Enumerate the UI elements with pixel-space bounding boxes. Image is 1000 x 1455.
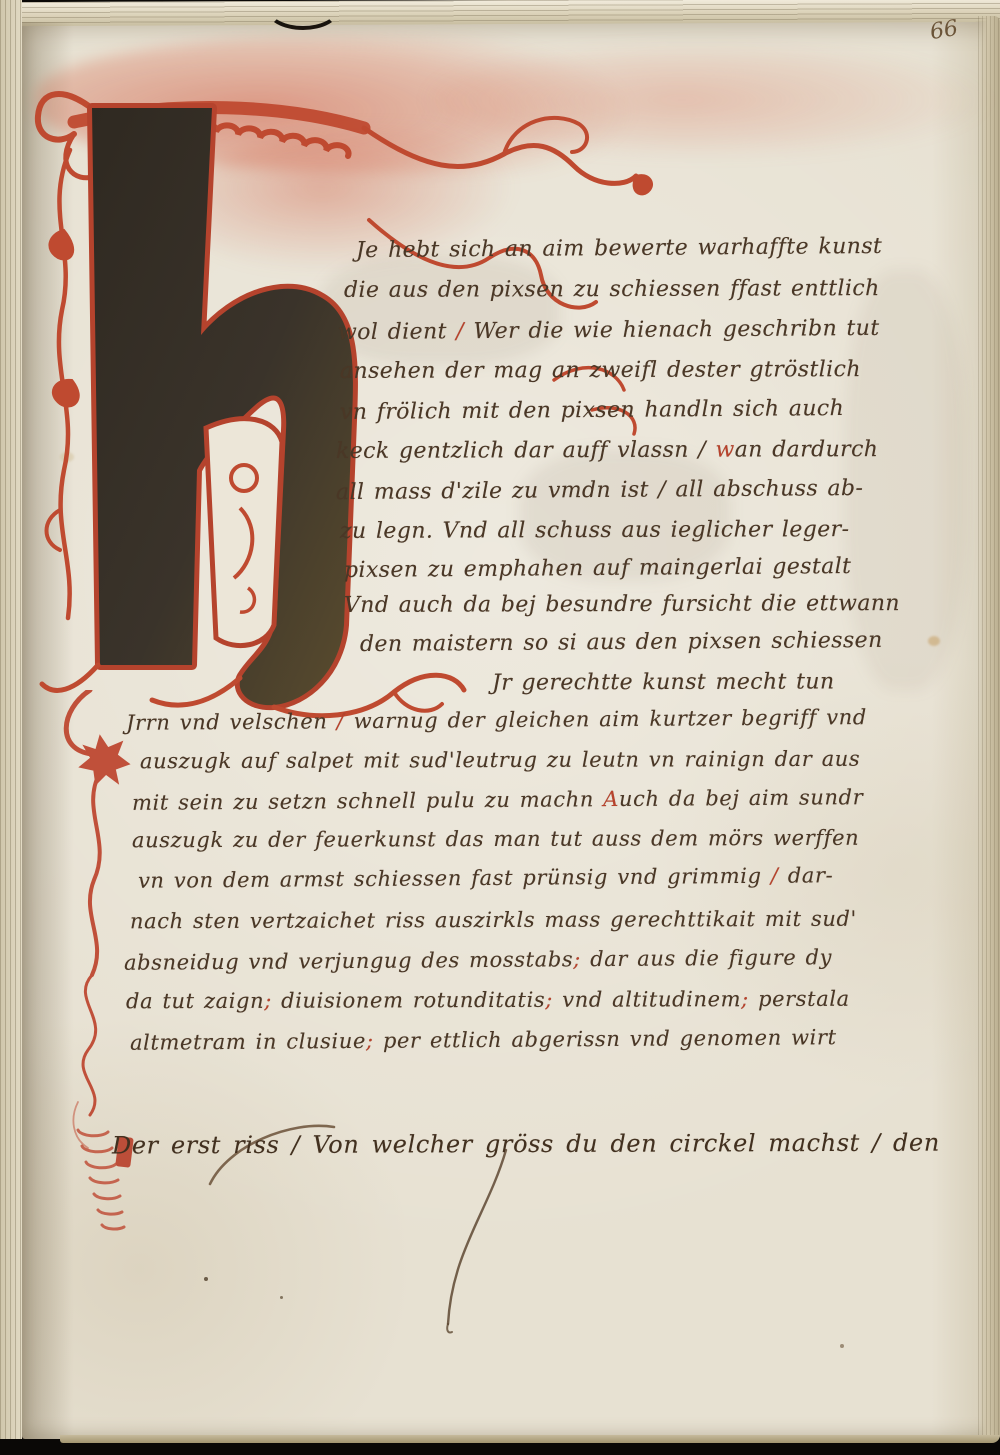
text-segment: Jrrn vnd velschen xyxy=(126,709,337,735)
text-segment: perstala xyxy=(749,987,850,1011)
text-segment: altmetram in clusiue xyxy=(130,1029,366,1055)
manuscript-line: Jr gerechtte kunst mecht tun xyxy=(492,669,835,695)
manuscript-line: den maistern so si aus den pixsen schies… xyxy=(360,628,883,657)
text-segment: dar aus die figure dy xyxy=(581,945,832,971)
text-segment: A xyxy=(603,787,619,811)
text-segment: an dardurch xyxy=(735,437,879,463)
folio-number: 66 xyxy=(928,16,960,45)
text-segment: keck gentzlich dar auff vlassn / xyxy=(336,438,716,464)
text-segment: diuisionem rotunditatis xyxy=(272,988,545,1013)
text-segment: D xyxy=(112,1131,132,1159)
text-segment: ; xyxy=(573,947,581,971)
text-segment: vn frölich mit den pixsen handln sich au… xyxy=(340,396,844,425)
text-segment: pixsen zu emphahen auf maingerlai gestal… xyxy=(344,554,852,583)
manuscript-line: wol dient / Wer die wie hienach geschrib… xyxy=(338,316,880,345)
text-segment: per ettlich abgerissn vnd genomen wirt xyxy=(374,1025,837,1053)
text-segment: er erst riss / Von welcher gröss du den … xyxy=(132,1129,940,1160)
text-segment: / xyxy=(771,864,779,888)
text-segment: ; xyxy=(545,988,553,1012)
text-segment: Vnd auch da bej besundre fursicht die et… xyxy=(344,591,900,618)
text-segment: w xyxy=(715,438,734,463)
text-segment: warnug der gleichen aim kurtzer begriff … xyxy=(344,705,867,733)
manuscript-line: absneidug vnd verjungug des mosstabs; da… xyxy=(124,945,832,975)
manuscript-line: pixsen zu emphahen auf maingerlai gestal… xyxy=(344,554,852,583)
manuscript-line: mit sein zu setzn schnell pulu zu machn … xyxy=(132,785,863,815)
manuscript-line: da tut zaign; diuisionem rotunditatis; v… xyxy=(126,987,850,1014)
text-segment: auszugk auf salpet mit sud'leutrug zu le… xyxy=(140,747,860,774)
text-segment: mit sein zu setzn schnell pulu zu machn xyxy=(132,787,603,815)
manuscript-line: ansehen der mag an zweifl dester gtröstl… xyxy=(340,357,861,384)
text-segment: Je hebt sich an aim bewerte warhaffte ku… xyxy=(356,234,882,263)
manuscript-line: Jrrn vnd velschen / warnug der gleichen … xyxy=(126,705,867,735)
manuscript-line: Je hebt sich an aim bewerte warhaffte ku… xyxy=(356,234,882,263)
text-segment: die aus den pixsen zu schiessen ffast en… xyxy=(344,276,880,303)
text-segment: den maistern so si aus den pixsen schies… xyxy=(360,628,883,657)
text-segment: Wer die wie hienach geschribn tut xyxy=(464,316,880,344)
manuscript-line: vn von dem armst schiessen fast prünsig … xyxy=(138,863,834,892)
text-segment: nach sten vertzaichet riss auszirkls mas… xyxy=(130,907,857,934)
text-segment: ; xyxy=(366,1029,374,1053)
manuscript-line: all mass d'zile zu vmdn ist / all abschu… xyxy=(336,476,864,505)
text-segment: Jr gerechtte kunst mecht tun xyxy=(492,669,835,695)
manuscript-line: zu legn. Vnd all schuss aus ieglicher le… xyxy=(340,517,849,544)
text-segment: auszugk zu der feuerkunst das man tut au… xyxy=(132,826,859,853)
text-segment: absneidug vnd verjungug des mosstabs xyxy=(124,947,573,975)
text-segment: ; xyxy=(264,989,272,1013)
text-segment: vnd altitudinem xyxy=(553,987,741,1012)
manuscript-line: die aus den pixsen zu schiessen ffast en… xyxy=(344,276,880,303)
text-segment: zu legn. Vnd all schuss aus ieglicher le… xyxy=(340,517,849,544)
text-segment: ansehen der mag an zweifl dester gtröstl… xyxy=(340,357,861,384)
text-segment: vn von dem armst schiessen fast prünsig … xyxy=(138,864,771,893)
manuscript-line: keck gentzlich dar auff vlassn / wan dar… xyxy=(336,437,878,464)
chapter-heading: Der erst riss / Von welcher gröss du den… xyxy=(112,1129,940,1160)
text-segment: ; xyxy=(741,987,749,1011)
manuscript-line: vn frölich mit den pixsen handln sich au… xyxy=(340,396,844,425)
text-segment: all mass d'zile zu vmdn ist / all abschu… xyxy=(336,476,864,505)
text-segment: da tut zaign xyxy=(126,989,264,1013)
manuscript-line: Vnd auch da bej besundre fursicht die et… xyxy=(344,591,900,618)
manuscript-line: altmetram in clusiue; per ettlich abgeri… xyxy=(130,1025,837,1055)
manuscript-text: Je hebt sich an aim bewerte warhaffte ku… xyxy=(0,0,1000,1455)
text-segment: dar- xyxy=(778,863,833,887)
manuscript-line: nach sten vertzaichet riss auszirkls mas… xyxy=(130,907,857,934)
text-segment: wol dient xyxy=(338,319,456,345)
manuscript-line: auszugk auf salpet mit sud'leutrug zu le… xyxy=(140,747,860,774)
manuscript-photo: Je hebt sich an aim bewerte warhaffte ku… xyxy=(0,0,1000,1455)
text-segment: uch da bej aim sundr xyxy=(619,785,864,811)
manuscript-line: auszugk zu der feuerkunst das man tut au… xyxy=(132,826,859,853)
